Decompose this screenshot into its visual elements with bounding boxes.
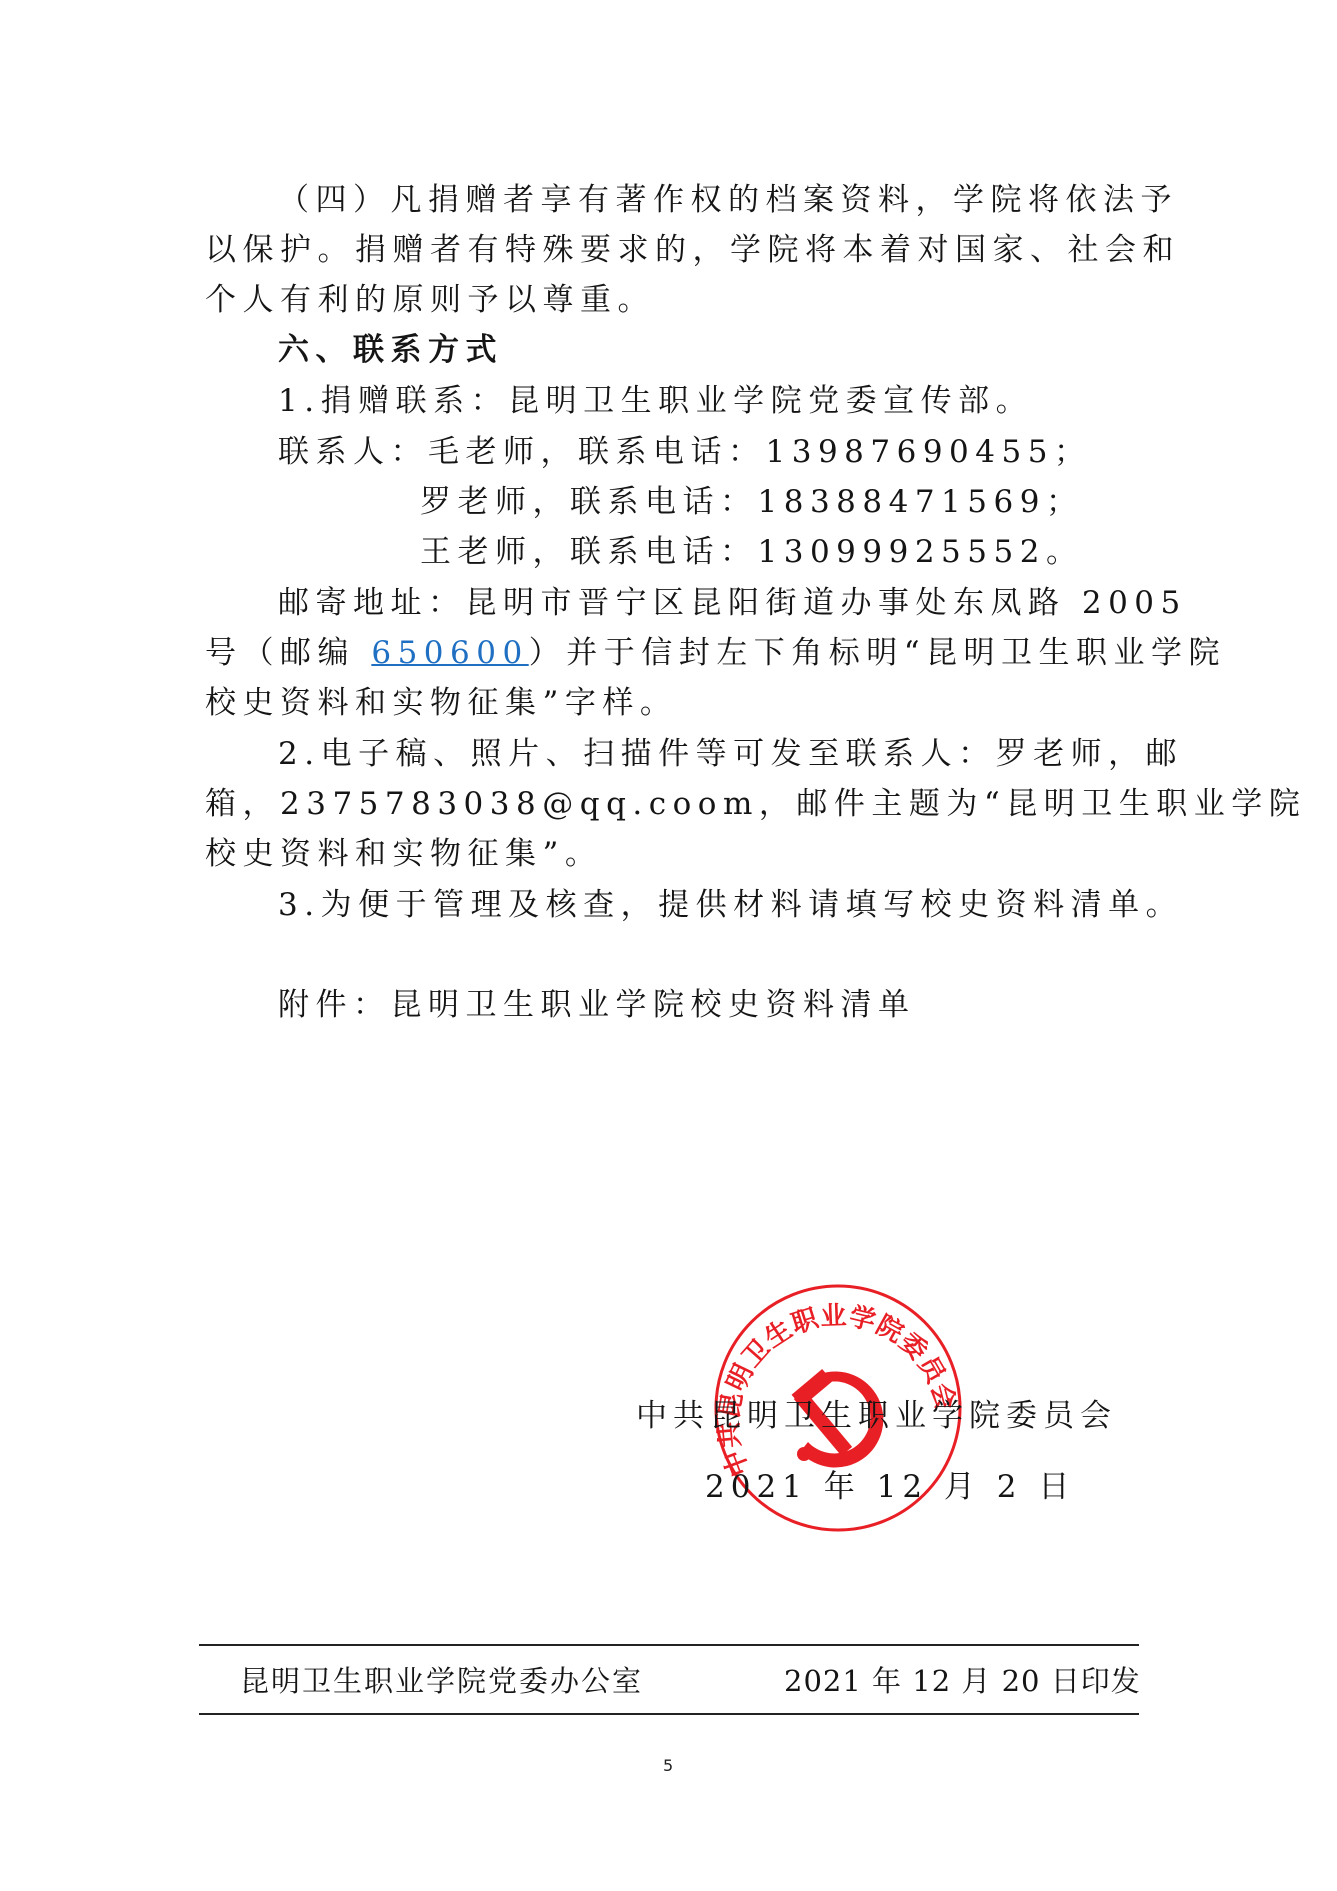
contact-item-2-line-1: 2.电子稿、照片、扫描件等可发至联系人：罗老师，邮: [278, 734, 1183, 774]
punctuation: 。: [1046, 534, 1084, 570]
contact-item-1: 1.捐赠联系：昆明卫生职业学院党委宣传部。: [278, 381, 1033, 421]
footer-bottom-rule: [199, 1713, 1139, 1715]
address-text: 号（邮编: [205, 635, 355, 671]
footer-top-rule: [199, 1644, 1139, 1646]
page-number: 5: [663, 1756, 673, 1775]
footer-issue-date: 2021 年 12 月 20 日印发: [784, 1661, 1141, 1701]
contact-phone: 13099925552: [758, 534, 1046, 570]
punctuation: ；: [1054, 434, 1092, 470]
contact-phone: 13987690455: [766, 434, 1054, 470]
contact-name: 罗老师: [420, 484, 533, 520]
paragraph-4-line-2: 以保护。捐赠者有特殊要求的，学院将本着对国家、社会和: [205, 230, 1180, 270]
postcode-link[interactable]: 650600: [371, 635, 528, 671]
address-line-3: 校史资料和实物征集”字样。: [205, 683, 677, 723]
contact-phone: 18388471569: [758, 484, 1046, 520]
contact-label: ，联系电话：: [533, 534, 758, 570]
contact-name: 王老师: [420, 534, 533, 570]
address-text: ）并于信封左下角标明“昆明卫生职业学院: [529, 635, 1226, 671]
contact-item-2-line-3: 校史资料和实物征集”。: [205, 834, 602, 874]
signature-organization: 中共昆明卫生职业学院委员会: [636, 1396, 1117, 1436]
contact-item-3: 3.为便于管理及核查，提供材料请填写校史资料清单。: [278, 885, 1183, 925]
contact-label: ，联系电话：: [541, 434, 766, 470]
section-heading-contact: 六、联系方式: [278, 330, 503, 370]
paragraph-4-line-3: 个人有利的原则予以尊重。: [205, 280, 655, 320]
contact-person-row-1: 联系人：毛老师，联系电话：13987690455；: [278, 432, 1091, 472]
contact-person-row-3: 王老师，联系电话：13099925552。: [420, 532, 1083, 572]
document-page: （四）凡捐赠者享有著作权的档案资料，学院将依法予 以保护。捐赠者有特殊要求的，学…: [0, 0, 1337, 1891]
punctuation: ；: [1046, 484, 1084, 520]
contact-prefix: 联系人：: [278, 434, 428, 470]
signature-date: 2021 年 12 月 2 日: [705, 1467, 1075, 1507]
address-line-2: 号（邮编 650600）并于信封左下角标明“昆明卫生职业学院: [205, 633, 1226, 673]
address-line-1: 邮寄地址：昆明市晋宁区昆阳街道办事处东凤路 2005: [278, 583, 1187, 623]
contact-label: ，联系电话：: [533, 484, 758, 520]
contact-person-row-2: 罗老师，联系电话：18388471569；: [420, 482, 1083, 522]
attachment-line: 附件：昆明卫生职业学院校史资料清单: [278, 985, 916, 1025]
contact-item-2-line-2: 箱，2375783038@qq.coom，邮件主题为“昆明卫生职业学院: [205, 784, 1306, 824]
contact-name: 毛老师: [428, 434, 541, 470]
footer-issuer: 昆明卫生职业学院党委办公室: [240, 1661, 643, 1701]
paragraph-4-line-1: （四）凡捐赠者享有著作权的档案资料，学院将依法予: [278, 180, 1178, 220]
